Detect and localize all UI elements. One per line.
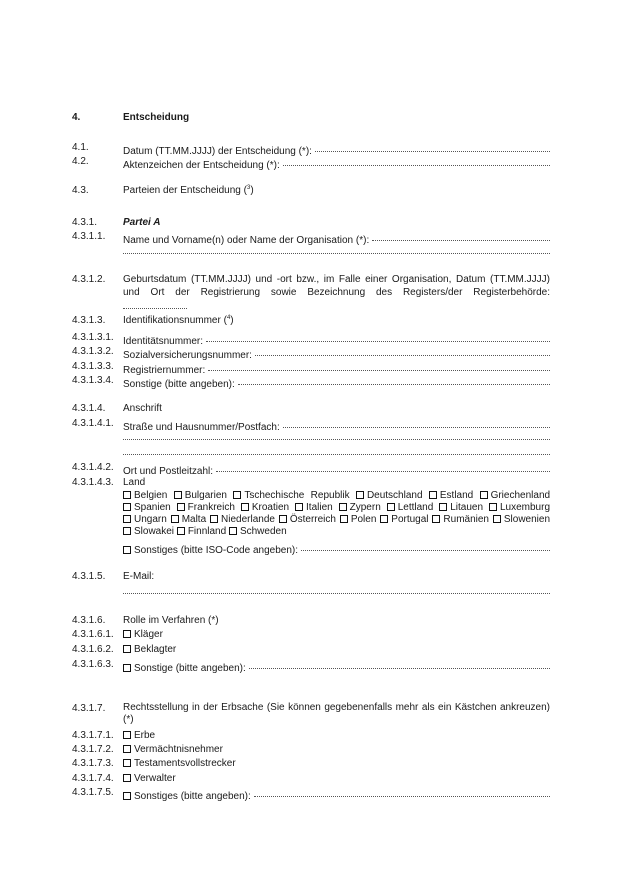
field-number: 4.3.1.6. [72,614,105,627]
field-number: 4.3.1.3.4. [72,374,114,387]
country-label: Spanien [134,502,171,513]
field-label: Identifikationsnummer ( [123,315,227,326]
decision-date-input[interactable] [315,141,550,154]
field-label: Sonstiges (bitte ISO-Code angeben): [134,545,298,556]
country-label: Portugal [391,514,428,525]
country-option[interactable]: Slowenien [493,514,550,525]
role-other-input[interactable] [249,658,550,671]
checkbox-icon[interactable] [339,503,347,511]
country-iso-input[interactable] [301,540,550,553]
country-label: Kroatien [252,502,289,513]
country-option[interactable]: Luxemburg [489,502,550,513]
country-label: Estland [440,490,473,501]
status-heir: 4.3.1.7.1. Erbe [72,729,550,742]
checkbox-icon[interactable] [356,491,364,499]
field-number: 4.3.1.3.2. [72,345,114,358]
field-number: 4.2. [72,155,89,168]
checkbox-icon[interactable] [340,515,348,523]
field-registration-number: 4.3.1.3.3. Registriernummer: [72,360,550,373]
checkbox-icon[interactable] [174,491,182,499]
country-label: Schweden [240,526,287,537]
status-executor: 4.3.1.7.3. Testamentsvollstrecker [72,757,550,770]
country-label: Österreich [290,514,336,525]
country-option[interactable]: Deutschland [356,490,423,501]
defendant-checkbox[interactable] [123,645,131,653]
field-number: 4.3.1.1. [72,230,105,243]
field-label: E-Mail: [123,570,550,583]
country-option[interactable]: Schweden [229,526,287,537]
name-input[interactable] [372,230,550,243]
checkbox-icon[interactable] [123,503,131,511]
role-other-checkbox[interactable] [123,664,131,672]
field-number: 4.3.1.7.5. [72,786,114,799]
paren: ) [250,185,253,196]
country-option[interactable]: Kroatien [241,502,289,513]
country-label: Litauen [450,502,483,513]
checkbox-icon[interactable] [123,491,131,499]
party-a-heading: 4.3.1. Partei A [72,216,550,229]
country-label: Belgien [134,490,167,501]
checkbox-label: Vermächtnisnehmer [134,744,223,755]
country-option[interactable]: Portugal [380,514,428,525]
checkbox-label: Verwalter [134,773,176,784]
legatee-checkbox[interactable] [123,745,131,753]
country-option[interactable]: Lettland [387,502,434,513]
checkbox-icon[interactable] [241,503,249,511]
email-input[interactable] [123,592,550,594]
field-number: 4.3.1.7.3. [72,757,114,770]
country-label: Griechenland [491,490,550,501]
claimant-checkbox[interactable] [123,630,131,638]
checkbox-label: Sonstige (bitte angeben): [134,663,246,674]
checkbox-icon[interactable] [177,503,185,511]
field-number: 4.3.1.7.4. [72,772,114,785]
field-city-postcode: 4.3.1.4.2. Ort und Postleitzahl: [72,461,550,474]
field-number: 4.3.1.3.3. [72,360,114,373]
country-label: Zypern [350,502,381,513]
field-number: 4.3.1.7.2. [72,743,114,756]
country-label: Finnland [188,526,226,537]
country-label: Italien [306,502,333,513]
status-other: 4.3.1.7.5. Sonstiges (bitte angeben): [72,786,550,799]
parties-heading: 4.3. Parteien der Entscheidung (3) [72,184,550,197]
checkbox-icon[interactable] [123,515,131,523]
field-label: Geburtsdatum (TT.MM.JJJJ) und -ort bzw.,… [123,274,550,298]
country-label: Rumänien [443,514,489,525]
field-number: 4.3.1. [72,216,97,229]
checkbox-icon[interactable] [229,527,237,535]
checkbox-label: Beklagter [134,644,176,655]
country-option[interactable]: Italien [295,502,333,513]
country-label: Ungarn [134,514,167,525]
country-label: Luxemburg [500,502,550,513]
role-claimant: 4.3.1.6.1. Kläger [72,628,550,641]
field-other-id: 4.3.1.3.4. Sonstige (bitte angeben): [72,374,550,387]
checkbox-icon[interactable] [279,515,287,523]
street-input-line-2[interactable] [123,438,550,440]
checkbox-icon[interactable] [439,503,447,511]
heir-checkbox[interactable] [123,731,131,739]
field-decision-date: 4.1. Datum (TT.MM.JJJJ) der Entscheidung… [72,141,550,154]
field-number: 4.3.1.6.2. [72,643,114,656]
legal-status-label: Rechtsstellung in der Erbsache (Sie könn… [123,702,550,726]
country-other-checkbox[interactable] [123,546,131,554]
field-number: 4.3.1.3.1. [72,331,114,344]
registration-number-input[interactable] [208,360,550,373]
executor-checkbox[interactable] [123,759,131,767]
section-number: 4. [72,111,80,124]
checkbox-icon[interactable] [429,491,437,499]
checkbox-icon[interactable] [380,515,388,523]
checkbox-icon[interactable] [295,503,303,511]
field-name: 4.3.1.1. Name und Vorname(n) oder Name d… [72,230,550,243]
paren: ) [230,315,233,326]
field-number: 4.3.1.4.3. [72,476,114,489]
country-option[interactable]: Frankreich [177,502,235,513]
country-checkbox-list: Belgien Bulgarien Tschechische Republik … [123,490,550,538]
other-id-input[interactable] [238,374,550,387]
section-title: Entscheidung [123,111,550,124]
street-input[interactable] [283,417,550,430]
field-number: 4.3.1.7. [72,702,105,715]
field-label: Name und Vorname(n) oder Name der Organi… [123,234,369,247]
checkbox-icon[interactable] [177,527,185,535]
field-social-security: 4.3.1.3.2. Sozialversicherungsnummer: [72,345,550,358]
checkbox-icon[interactable] [233,491,241,499]
country-option[interactable]: Belgien [123,490,167,501]
checkbox-icon[interactable] [493,515,501,523]
checkbox-icon[interactable] [123,527,131,535]
country-option[interactable]: Zypern [339,502,381,513]
country-label: Malta [182,514,206,525]
country-option[interactable]: Griechenland [480,490,550,501]
country-option[interactable]: Litauen [439,502,483,513]
field-number: 4.3.1.2. [72,273,105,286]
country-option[interactable]: Tschechische Republik [233,490,349,501]
country-option[interactable]: Polen [340,514,377,525]
checkbox-label: Kläger [134,629,163,640]
field-label: Land [123,476,550,489]
administrator-checkbox[interactable] [123,774,131,782]
checkbox-icon[interactable] [489,503,497,511]
party-a-title: Partei A [123,216,550,229]
status-administrator: 4.3.1.7.4. Verwalter [72,772,550,785]
country-label: Deutschland [367,490,423,501]
field-number: 4.3. [72,184,89,197]
country-option[interactable]: Österreich [279,514,336,525]
checkbox-icon[interactable] [210,515,218,523]
country-option[interactable]: Slowakei [123,526,174,537]
country-label: Slowakei [134,526,174,537]
field-number: 4.3.1.4. [72,402,105,415]
field-label: Rolle im Verfahren (*) [123,614,550,627]
role-other: 4.3.1.6.3. Sonstige (bitte angeben): [72,658,550,671]
field-number: 4.3.1.5. [72,570,105,583]
country-other-row: Sonstiges (bitte ISO-Code angeben): [123,540,550,553]
street-input-line-3[interactable] [123,453,550,455]
identity-number-input[interactable] [206,331,550,344]
role-heading: 4.3.1.6. Rolle im Verfahren (*) [72,614,550,627]
country-label: Frankreich [188,502,235,513]
role-defendant: 4.3.1.6.2. Beklagter [72,643,550,656]
field-case-number: 4.2. Aktenzeichen der Entscheidung (*): [72,155,550,168]
country-option[interactable]: Malta [171,514,206,525]
checkbox-icon[interactable] [387,503,395,511]
field-number: 4.3.1.3. [72,314,105,327]
country-label: Polen [351,514,377,525]
field-label: Straße und Hausnummer/Postfach: [123,421,280,434]
country-label: Lettland [398,502,434,513]
name-input-line-2[interactable] [123,252,550,254]
field-street: 4.3.1.4.1. Straße und Hausnummer/Postfac… [72,417,550,430]
field-number: 4.3.1.4.2. [72,461,114,474]
country-option[interactable]: Finnland [177,526,226,537]
status-other-checkbox[interactable] [123,792,131,800]
field-number: 4.3.1.6.3. [72,658,114,671]
address-heading: 4.3.1.4. Anschrift [72,402,550,415]
country-label: Tschechische Republik [244,490,349,501]
field-label: Aktenzeichen der Entscheidung (*): [123,159,280,172]
checkbox-icon[interactable] [480,491,488,499]
social-security-input[interactable] [255,345,550,358]
checkbox-label: Erbe [134,730,155,741]
country-option[interactable]: Niederlande [210,514,275,525]
field-number: 4.1. [72,141,89,154]
birth-registration-label: Geburtsdatum (TT.MM.JJJJ) und -ort bzw.,… [123,273,550,313]
country-label: Niederlande [221,514,275,525]
field-label: Parteien der Entscheidung ( [123,185,247,196]
city-postcode-input[interactable] [216,461,550,474]
field-number: 4.3.1.7.1. [72,729,114,742]
country-option[interactable]: Bulgarien [174,490,227,501]
field-label: Sonstige (bitte angeben): [123,378,235,391]
field-identity-number: 4.3.1.3.1. Identitätsnummer: [72,331,550,344]
status-legatee: 4.3.1.7.2. Vermächtnisnehmer [72,743,550,756]
country-option[interactable]: Spanien [123,502,171,513]
country-option[interactable]: Rumänien [432,514,489,525]
checkbox-icon[interactable] [171,515,179,523]
id-number-heading: 4.3.1.3. Identifikationsnummer (4) [72,314,550,327]
checkbox-label: Sonstiges (bitte angeben): [134,791,251,802]
section-heading: 4. Entscheidung [72,111,550,124]
country-option[interactable]: Ungarn [123,514,167,525]
checkbox-label: Testamentsvollstrecker [134,758,236,769]
country-heading: 4.3.1.4.3. Land [72,476,550,489]
birth-registration-input[interactable] [123,299,187,309]
country-label: Bulgarien [185,490,227,501]
country-option[interactable]: Estland [429,490,473,501]
field-label: Anschrift [123,402,550,415]
status-other-input[interactable] [254,786,550,799]
checkbox-icon[interactable] [432,515,440,523]
field-number: 4.3.1.6.1. [72,628,114,641]
country-label: Slowenien [504,514,550,525]
field-number: 4.3.1.4.1. [72,417,114,430]
field-email: 4.3.1.5. E-Mail: [72,570,550,583]
case-number-input[interactable] [283,155,550,168]
